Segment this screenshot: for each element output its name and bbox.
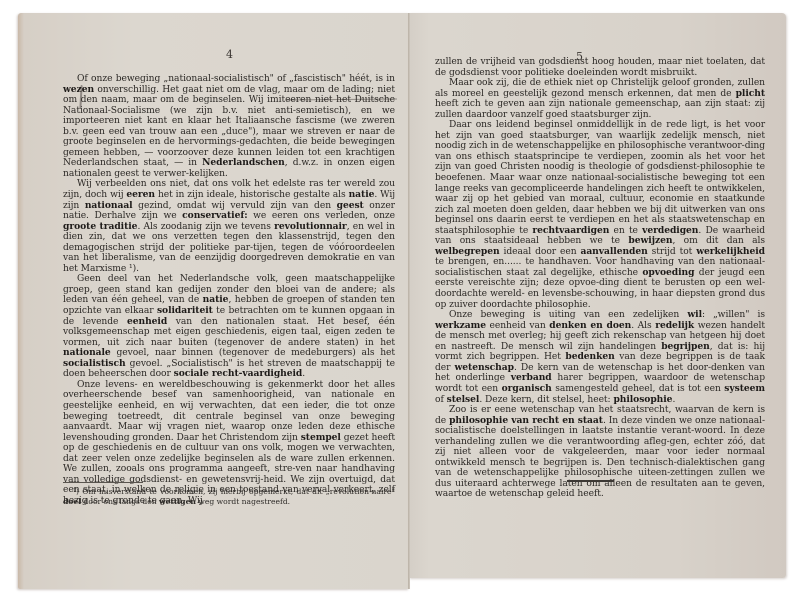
right-page-body: zullen de vrijheid van godsdienst hoog h…: [435, 57, 765, 500]
left-page-body: Of onze beweging „nationaal-socialistisc…: [63, 74, 395, 506]
footnote-divider: [63, 482, 143, 483]
paragraph: zullen de vrijheid van godsdienst hoog h…: [435, 57, 765, 78]
paragraph: Wij verbeelden ons niet, dat ons volk he…: [63, 179, 395, 274]
footnote: ¹) Om misverstand te voorkomen, zij hier…: [63, 487, 395, 506]
paragraph: Maar ook zij, die de ethiek niet op Chri…: [435, 78, 765, 120]
paragraph: Geen deel van het Nederlandsche volk, ge…: [63, 274, 395, 379]
section-end-rule: [567, 480, 614, 482]
open-booklet: 4 Of onze beweging „nationaal-socialisti…: [0, 0, 800, 604]
paragraph: Onze beweging is uiting van een zedelijk…: [435, 310, 765, 405]
paragraph: Zoo is er eene wetenschap van het staats…: [435, 405, 765, 500]
booklet-spine: [408, 13, 410, 589]
paragraph: Of onze beweging „nationaal-socialistisc…: [63, 74, 395, 179]
footnote-text: ¹) Om misverstand te voorkomen, zij hier…: [63, 487, 395, 506]
paragraph: Daar ons leidend beginsel onmiddellijk i…: [435, 120, 765, 310]
left-page-number: 4: [226, 48, 233, 61]
